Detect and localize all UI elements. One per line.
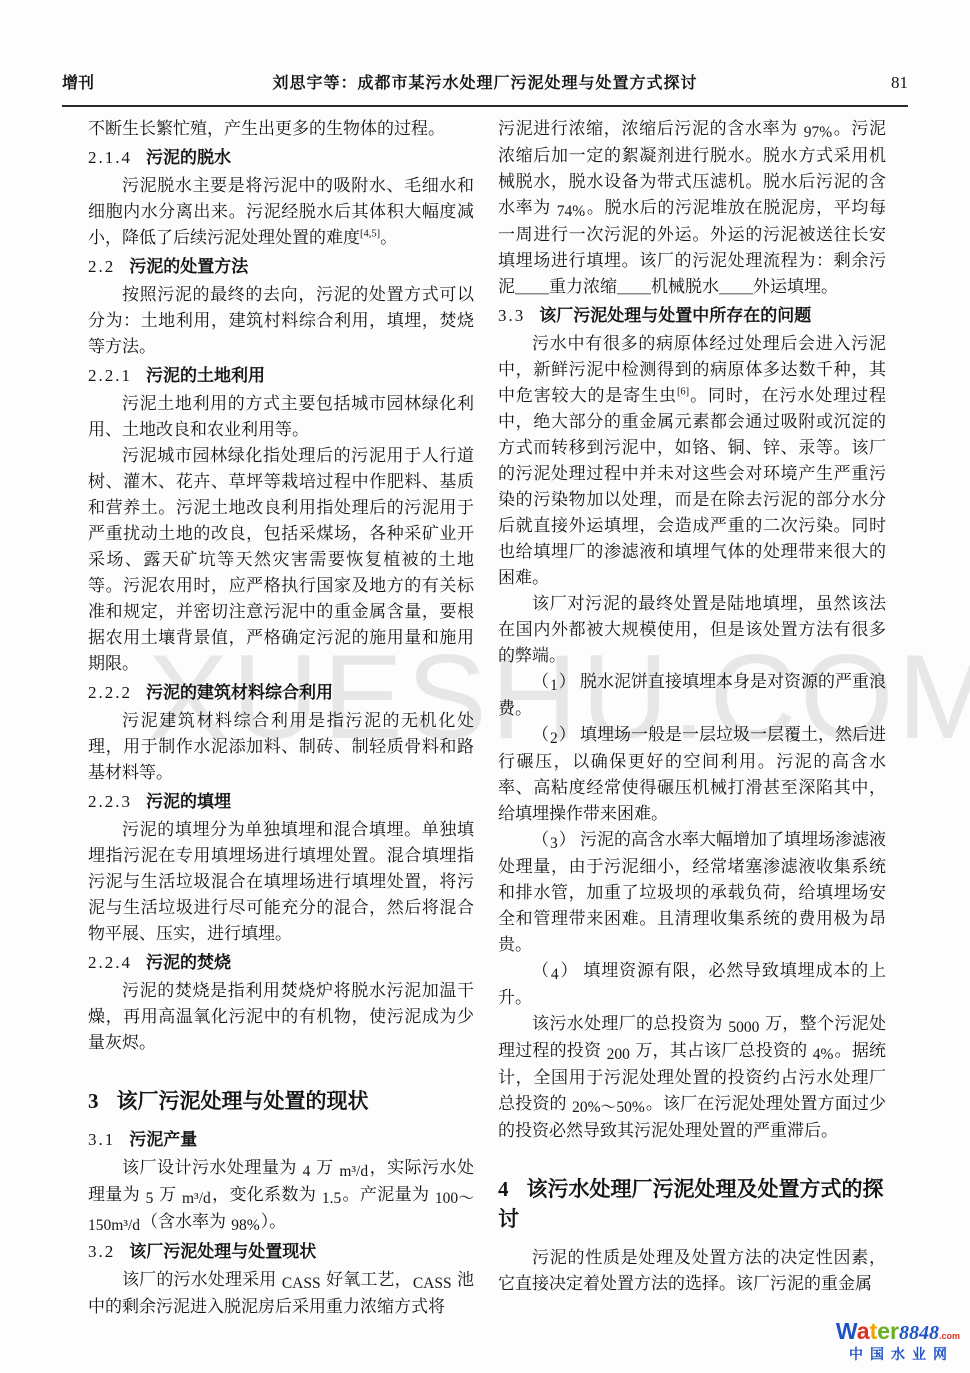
latin-text-run: 3: [549, 835, 559, 852]
sub-heading: 2.2.3污泥的填埋: [88, 789, 474, 815]
text-run: 。: [380, 228, 397, 247]
sub-heading-title: 污泥的处置方法: [129, 257, 248, 276]
sub-heading-number: 2.2.2: [88, 683, 132, 702]
body-paragraph: 不断生长繁忙殖，产生出更多的生物体的过程。: [88, 116, 474, 142]
text-run: 按照污泥的最终的去向，污泥的处置方式可以分为：土地利用，建筑村料综合利用，填埋，…: [88, 285, 474, 356]
sub-heading-title: 污泥的脱水: [146, 148, 231, 167]
brand-number: 8848: [899, 1322, 939, 1344]
sub-heading-number: 3.3: [498, 306, 525, 325]
running-title: 刘思宇等：成都市某污水处理厂污泥处理与处置方式探讨: [182, 70, 788, 93]
citation-ref: [4,5]: [360, 228, 380, 239]
latin-text-run: 200: [606, 1046, 631, 1063]
journal-note: 增刊: [62, 70, 182, 93]
text-run: ）。: [261, 1212, 287, 1231]
section-heading: 4该污水处理厂污泥处理及处置方式的探讨: [498, 1174, 886, 1235]
latin-text-run: 74%: [556, 203, 586, 220]
body-paragraph: 按照污泥的最终的去向，污泥的处置方式可以分为：土地利用，建筑村料综合利用，填埋，…: [88, 282, 474, 360]
brand-letter: a: [857, 1318, 870, 1344]
brand-subtitle: 中国水业网: [836, 1347, 960, 1361]
sub-heading-number: 2.1.4: [88, 148, 132, 167]
latin-text-run: 1.5: [321, 1190, 342, 1207]
brand-letters: Water: [836, 1326, 899, 1343]
sub-heading: 3.3该厂污泥处理与处置中所存在的问题: [498, 303, 886, 329]
body-paragraph: 污泥进行浓缩，浓缩后污泥的含水率为 97%。污泥浓缩后加一定的絮凝剂进行脱水。脱…: [498, 116, 886, 300]
section-number: 3: [88, 1089, 99, 1113]
text-run: 该厂设计污水处理量为: [122, 1158, 302, 1177]
brand-letter: W: [836, 1318, 857, 1344]
sub-heading-title: 该厂污泥处理与处置中所存在的问题: [539, 306, 811, 325]
latin-text-run: 4: [550, 966, 560, 983]
sub-heading-number: 2.2: [88, 257, 115, 276]
sub-heading-title: 该厂污泥处理与处置现状: [129, 1242, 316, 1261]
text-run: ，变化系数为: [212, 1185, 321, 1204]
text-run: 污泥的填埋分为单独填埋和混合填埋。单独填埋指污泥在专用填埋场进行填埋处置。混合填…: [88, 820, 474, 943]
text-run: 污泥的焚烧是指利用焚烧炉将脱水污泥加温干燥，再用高温氧化污泥中的有机物，使污泥成…: [88, 981, 474, 1052]
scanned-paper-page: { "header": { "journal_note": "增刊", "run…: [0, 0, 970, 1373]
body-paragraph: 污泥的焚烧是指利用焚烧炉将脱水污泥加温干燥，再用高温氧化污泥中的有机物，使污泥成…: [88, 978, 474, 1056]
section-title: 该厂污泥处理与处置的现状: [117, 1090, 369, 1113]
body-paragraph: （1） 脱水泥饼直接填埋本身是对资源的严重浪费。: [498, 669, 886, 722]
latin-text-run: 2: [549, 730, 559, 747]
latin-text-run: CASS: [412, 1275, 453, 1292]
latin-text-run: m³/d: [338, 1163, 369, 1180]
body-paragraph: 该厂对污泥的最终处置是陆地填埋，虽然该法在国内外都被大规模使用，但是该处置方法有…: [498, 591, 886, 669]
body-paragraph: （3） 污泥的高含水率大幅增加了填埋场渗滤液处理量，由于污泥细小，经常堵塞渗滤液…: [498, 827, 886, 958]
text-run: 。产泥量为: [342, 1185, 434, 1204]
sub-heading-title: 污泥的填埋: [146, 792, 231, 811]
text-run: （含水率为: [141, 1212, 230, 1231]
text-run: 污泥建筑材料综合利用是指污泥的无机化处理，用于制作水泥添加料、制砖、制轻质骨料和…: [88, 711, 474, 782]
text-run: 万: [154, 1185, 181, 1204]
page-header: 增刊 刘思宇等：成都市某污水处理厂污泥处理与处置方式探讨 81: [62, 70, 908, 107]
latin-text-run: 4: [302, 1163, 312, 1180]
latin-text-run: 97%: [803, 124, 833, 141]
water8848-logo: Water8848.com 中国水业网: [836, 1320, 960, 1361]
body-paragraph: 污泥城市园林绿化指处理后的污泥用于人行道树、灌木、花卉、草坪等栽培过程中作肥料、…: [88, 443, 474, 677]
sub-heading-number: 2.2.4: [88, 953, 132, 972]
right-column: 污泥进行浓缩，浓缩后污泥的含水率为 97%。污泥浓缩后加一定的絮凝剂进行脱水。脱…: [498, 116, 886, 1297]
latin-text-run: 1: [549, 677, 559, 694]
body-paragraph: 污泥土地利用的方式主要包括城市园林绿化利用、土地改良和农业利用等。: [88, 391, 474, 443]
sub-heading-number: 2.2.3: [88, 792, 132, 811]
body-paragraph: 污泥的性质是处理及处置方法的决定性因素，它直接决定着处置方法的选择。该厂污泥的重…: [498, 1245, 886, 1297]
text-run: 污泥土地利用的方式主要包括城市园林绿化利用、土地改良和农业利用等。: [88, 394, 474, 439]
latin-text-run: m³/d: [181, 1190, 212, 1207]
sub-heading-number: 3.2: [88, 1242, 115, 1261]
text-run: 该厂对污泥的最终处置是陆地填埋，虽然该法在国内外都被大规模使用，但是该处置方法有…: [498, 594, 886, 665]
body-paragraph: 该厂的污水处理采用 CASS 好氧工艺，CASS 池中的剩余污泥进入脱泥房后采用…: [88, 1267, 474, 1320]
body-paragraph: 污水中有很多的病原体经过处理后会进入污泥中，新鲜污泥中检测得到的病原体多达数千种…: [498, 331, 886, 591]
text-run: 污泥脱水主要是将污泥中的吸附水、毛细水和细胞内水分离出来。污泥经脱水后其体积大幅…: [88, 176, 474, 247]
latin-text-run: 98%: [230, 1217, 260, 1234]
sub-heading: 2.2.4污泥的焚烧: [88, 950, 474, 976]
text-run: 污泥城市园林绿化指处理后的污泥用于人行道树、灌木、花卉、草坪等栽培过程中作肥料、…: [88, 446, 474, 673]
left-column: 不断生长繁忙殖，产生出更多的生物体的过程。2.1.4污泥的脱水污泥脱水主要是将污…: [88, 116, 474, 1320]
sub-heading: 2.2污泥的处置方法: [88, 254, 474, 280]
body-paragraph: 该厂设计污水处理量为 4 万 m³/d，实际污水处理量为 5 万 m³/d，变化…: [88, 1155, 474, 1236]
body-paragraph: 污泥脱水主要是将污泥中的吸附水、毛细水和细胞内水分离出来。污泥经脱水后其体积大幅…: [88, 173, 474, 251]
text-run: 好氧工艺，: [322, 1270, 412, 1289]
body-paragraph: 污泥建筑材料综合利用是指污泥的无机化处理，用于制作水泥添加料、制砖、制轻质骨料和…: [88, 708, 474, 786]
sub-heading: 2.1.4污泥的脱水: [88, 145, 474, 171]
sub-heading-title: 污泥的土地利用: [146, 366, 265, 385]
text-run: 万，其占该厂总投资的: [631, 1041, 812, 1060]
text-run: 。同时，在污水处理过程中，绝大部分的重金属元素都会通过吸附或沉淀的方式而转移到污…: [498, 386, 886, 587]
text-run: 污泥进行浓缩，浓缩后污泥的含水率为: [498, 119, 803, 138]
brand-letter: e: [877, 1318, 890, 1344]
section-heading: 3该厂污泥处理与处置的现状: [88, 1086, 474, 1117]
text-run: 该厂的污水处理采用: [122, 1270, 281, 1289]
page-number: 81: [788, 73, 908, 93]
latin-text-run: 5: [145, 1190, 155, 1207]
sub-heading: 3.1污泥产量: [88, 1127, 474, 1153]
sub-heading-title: 污泥产量: [129, 1130, 197, 1149]
body-paragraph: 污泥的填埋分为单独填埋和混合填埋。单独填埋指污泥在专用填埋场进行填埋处置。混合填…: [88, 817, 474, 947]
text-run: 污泥的性质是处理及处置方法的决定性因素，它直接决定着处置方法的选择。该厂污泥的重…: [498, 1248, 886, 1293]
text-run: （: [532, 961, 550, 980]
text-run: （: [532, 830, 549, 849]
text-run: （: [532, 725, 549, 744]
latin-text-run: 5000: [727, 1019, 760, 1036]
citation-ref: [6]: [677, 386, 689, 397]
sub-heading: 3.2该厂污泥处理与处置现状: [88, 1239, 474, 1265]
section-title: 该污水处理厂污泥处理及处置方式的探讨: [498, 1178, 884, 1231]
text-run: 该污水处理厂的总投资为: [532, 1014, 727, 1033]
text-run: （: [532, 672, 549, 691]
latin-text-run: 4%: [812, 1046, 835, 1063]
body-paragraph: （2） 填埋场一般是一层垃圾一层覆土，然后进行碾压，以确保更好的空间利用。污泥的…: [498, 722, 886, 827]
body-paragraph: （4） 填埋资源有限，必然导致填埋成本的上升。: [498, 958, 886, 1011]
sub-heading-title: 污泥的焚烧: [146, 953, 231, 972]
body-paragraph: 该污水处理厂的总投资为 5000 万，整个污泥处理过程的投资 200 万，其占该…: [498, 1011, 886, 1144]
brand-letter: r: [890, 1318, 899, 1344]
sub-heading-number: 3.1: [88, 1130, 115, 1149]
latin-text-run: CASS: [281, 1275, 322, 1292]
sub-heading-title: 污泥的建筑材料综合利用: [146, 683, 333, 702]
section-number: 4: [498, 1177, 509, 1201]
text-run: 不断生长繁忙殖，产生出更多的生物体的过程。: [88, 119, 445, 138]
sub-heading: 2.2.2污泥的建筑材料综合利用: [88, 680, 474, 706]
sub-heading: 2.2.1污泥的土地利用: [88, 363, 474, 389]
latin-text-run: 20%～50%: [571, 1099, 646, 1116]
water8848-wordmark: Water8848.com: [836, 1320, 960, 1343]
sub-heading-number: 2.2.1: [88, 366, 132, 385]
text-run: 万: [311, 1158, 338, 1177]
brand-tld: .com: [939, 1331, 960, 1341]
